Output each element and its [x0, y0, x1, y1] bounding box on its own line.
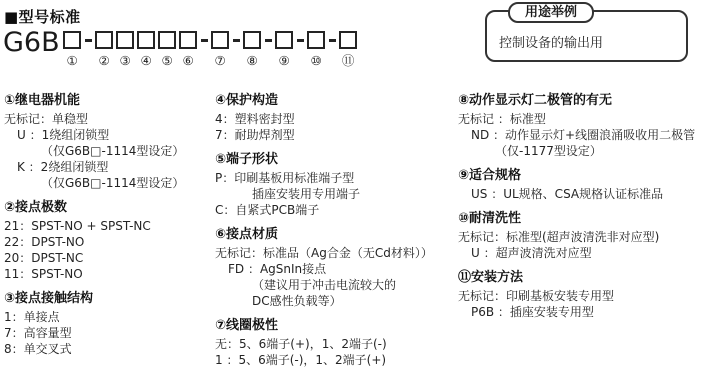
model-digit-unit: ② [95, 31, 113, 67]
section-title: ⑦线圈极性 [215, 317, 458, 334]
section-title: ⑩耐清洗性 [458, 210, 702, 227]
circled-number: ⑩ [311, 54, 322, 67]
usage-example-box: 用途举例 控制设备的输出用 [485, 10, 688, 62]
spec-line: P：印刷基板用标准端子型 [215, 170, 458, 186]
spec-line: 无标记：标准品（Ag合金（无Cd材料）） [215, 245, 458, 261]
spec-line: （仅G6B□-1114型设定） [41, 143, 215, 159]
spec-line: FD ：AgSnIn接点 [228, 261, 458, 277]
section-title: ④保护构造 [215, 92, 458, 109]
hyphen-separator [233, 39, 240, 42]
usage-example-text: 控制设备的输出用 [499, 32, 686, 51]
spec-column-2: ④保护构造4：塑料密封型7：耐助焊剂型⑤端子形状P：印刷基板用标准端子型插座安装… [215, 92, 458, 376]
hyphen-separator [201, 39, 208, 42]
spec-line: 7：高容量型 [4, 325, 215, 341]
model-box [137, 31, 155, 49]
model-digit-unit: ① [63, 31, 81, 67]
section-title: ③接点接触结构 [4, 290, 215, 307]
datasheet-page: ■型号标准 G6B ①②③④⑤⑥⑦⑧⑨⑩⑪ 用途举例 控制设备的输出用 ①继电器… [0, 0, 706, 380]
spec-line: 11：SPST-NO [4, 266, 215, 282]
spec-line: 21：SPST-NO + SPST-NC [4, 218, 215, 234]
spec-section: ⑨适合规格US ：UL规格、CSA规格认证标准品 [458, 167, 702, 202]
spec-line: ND ：动作显示灯+线圈浪涌吸收用二极管 [471, 127, 702, 143]
spec-section: ⑩耐清洗性无标记：标准型(超声波清洗非对应型)U ：超声波清洗对应型 [458, 210, 702, 261]
circled-number: ③ [120, 54, 131, 67]
spec-line: 无：5、6端子(+)，1、2端子(-) [215, 336, 458, 352]
model-digit-unit: ⑨ [275, 31, 293, 67]
model-digit-unit: ⑥ [179, 31, 197, 67]
model-box [275, 31, 293, 49]
model-box [243, 31, 261, 49]
circled-number: ⑪ [342, 54, 355, 67]
spec-line: 7：耐助焊剂型 [215, 127, 458, 143]
spec-line: 22：DPST-NO [4, 234, 215, 250]
section-title: ⑤端子形状 [215, 151, 458, 168]
circled-number: ② [99, 54, 110, 67]
model-digit-unit: ⑧ [243, 31, 261, 67]
spec-line: 1 ：5、6端子(-)，1、2端子(+) [215, 352, 458, 368]
hyphen-separator [85, 39, 92, 42]
section-title: ⑪安装方法 [458, 269, 702, 286]
spec-line: （建议用于冲击电流较大的 [252, 277, 458, 293]
circled-number: ① [67, 54, 78, 67]
model-box [211, 31, 229, 49]
section-title: ①继电器机能 [4, 92, 215, 109]
spec-line: P6B ：插座安装专用型 [471, 304, 702, 320]
spec-line: 无标记：单稳型 [4, 111, 215, 127]
model-box [158, 31, 176, 49]
hyphen-separator [329, 39, 336, 42]
model-box-row: ①②③④⑤⑥⑦⑧⑨⑩⑪ [62, 31, 359, 67]
spec-line: 无标记 ：标准型 [458, 111, 702, 127]
model-digit-unit: ③ [116, 31, 134, 67]
spec-column-3: ⑧动作显示灯二极管的有无无标记 ：标准型ND ：动作显示灯+线圈浪涌吸收用二极管… [458, 92, 702, 376]
spec-line: DC感性负载等） [252, 293, 458, 309]
spec-line: （仅-1177型设定） [495, 143, 702, 159]
spec-line: 1：单接点 [4, 309, 215, 325]
spec-line: U ：超声波清洗对应型 [471, 245, 702, 261]
model-digit-unit: ⑪ [339, 31, 357, 67]
model-prefix: G6B [3, 31, 60, 55]
spec-line: 无标记：印刷基板安装专用型 [458, 288, 702, 304]
hyphen-separator [265, 39, 272, 42]
spec-line: K ：2绕组闭锁型 [17, 159, 215, 175]
model-digit-unit: ⑤ [158, 31, 176, 67]
spec-section: ⑪安装方法无标记：印刷基板安装专用型P6B ：插座安装专用型 [458, 269, 702, 320]
spec-line: （仅G6B□-1114型设定） [41, 175, 215, 191]
section-title: ⑥接点材质 [215, 226, 458, 243]
spec-line: 20：DPST-NC [4, 250, 215, 266]
spec-columns: ①继电器机能无标记：单稳型U ：1绕组闭锁型（仅G6B□-1114型设定）K ：… [4, 92, 704, 376]
circled-number: ⑧ [247, 54, 258, 67]
usage-example-label: 用途举例 [508, 2, 594, 23]
spec-section: ⑦线圈极性无：5、6端子(+)，1、2端子(-)1 ：5、6端子(-)，1、2端… [215, 317, 458, 368]
model-box [339, 31, 357, 49]
spec-section: ⑧动作显示灯二极管的有无无标记 ：标准型ND ：动作显示灯+线圈浪涌吸收用二极管… [458, 92, 702, 159]
section-title: ⑧动作显示灯二极管的有无 [458, 92, 702, 109]
circled-number: ⑨ [279, 54, 290, 67]
spec-line: 8：单交叉式 [4, 341, 215, 357]
spec-section: ①继电器机能无标记：单稳型U ：1绕组闭锁型（仅G6B□-1114型设定）K ：… [4, 92, 215, 191]
spec-section: ⑤端子形状P：印刷基板用标准端子型插座安装用专用端子C：自紧式PCB端子 [215, 151, 458, 218]
circled-number: ⑤ [162, 54, 173, 67]
spec-column-1: ①继电器机能无标记：单稳型U ：1绕组闭锁型（仅G6B□-1114型设定）K ：… [4, 92, 215, 376]
spec-section: ④保护构造4：塑料密封型7：耐助焊剂型 [215, 92, 458, 143]
model-box [179, 31, 197, 49]
spec-line: C：自紧式PCB端子 [215, 202, 458, 218]
spec-line: U ：1绕组闭锁型 [17, 127, 215, 143]
model-box [307, 31, 325, 49]
spec-line: 插座安装用专用端子 [252, 186, 458, 202]
circled-number: ⑦ [215, 54, 226, 67]
model-digit-unit: ④ [137, 31, 155, 67]
section-title: ⑨适合规格 [458, 167, 702, 184]
spec-section: ②接点极数21：SPST-NO + SPST-NC22：DPST-NO20：DP… [4, 199, 215, 282]
model-box [116, 31, 134, 49]
hyphen-separator [297, 39, 304, 42]
model-digit-unit: ⑦ [211, 31, 229, 67]
spec-section: ③接点接触结构1：单接点7：高容量型8：单交叉式 [4, 290, 215, 357]
section-title: ②接点极数 [4, 199, 215, 216]
model-digit-unit: ⑩ [307, 31, 325, 67]
circled-number: ④ [141, 54, 152, 67]
page-title: ■型号标准 [4, 6, 81, 27]
spec-line: US ：UL规格、CSA规格认证标准品 [471, 186, 702, 202]
model-box [95, 31, 113, 49]
circled-number: ⑥ [183, 54, 194, 67]
model-number-format: G6B ①②③④⑤⑥⑦⑧⑨⑩⑪ [3, 31, 359, 67]
spec-line: 无标记：标准型(超声波清洗非对应型) [458, 229, 702, 245]
spec-section: ⑥接点材质无标记：标准品（Ag合金（无Cd材料））FD ：AgSnIn接点（建议… [215, 226, 458, 309]
spec-line: 4：塑料密封型 [215, 111, 458, 127]
model-box [63, 31, 81, 49]
